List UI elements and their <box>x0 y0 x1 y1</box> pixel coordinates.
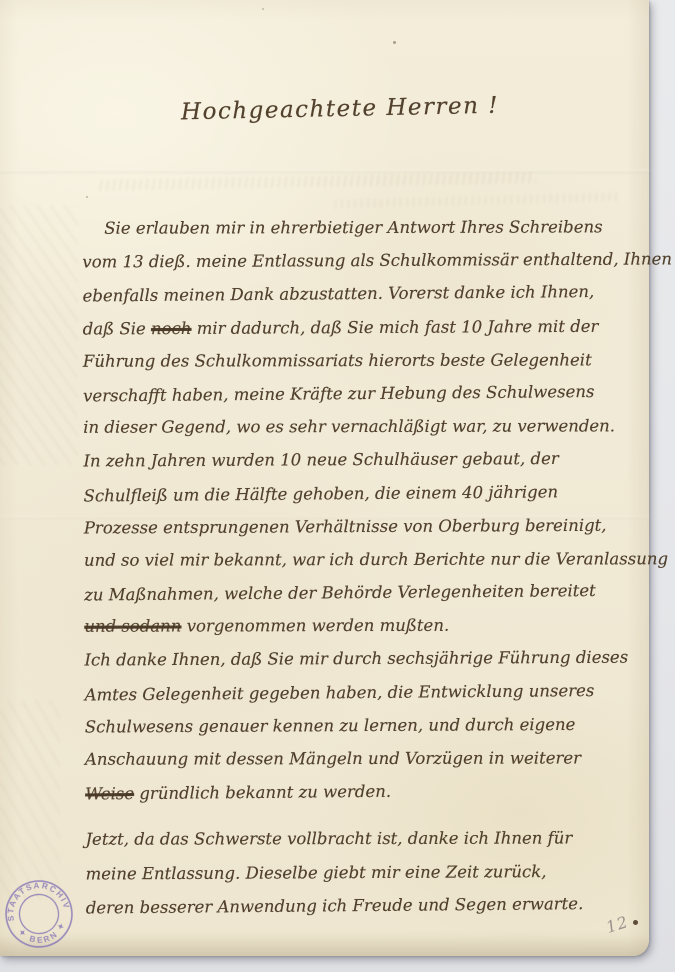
paper-bottom-shadow <box>0 936 649 956</box>
letter-line: Ich danke Ihnen, daß Sie mir durch sechs… <box>84 641 650 677</box>
letter-line: verschafft haben, meine Kräfte zur Hebun… <box>83 374 649 412</box>
letter-line: Schulwesens genauer kennen zu lernen, un… <box>85 707 651 743</box>
paper-sheet: Hochgeachtete Herren ! Sie erlauben mir … <box>0 0 649 956</box>
letter-line: Führung des Schulkommissariats hierorts … <box>83 343 649 378</box>
letter-line: Weise gründlich bekannt zu werden. <box>85 773 651 811</box>
letter-line: Anschauung mit dessen Mängeln und Vorzüg… <box>85 741 651 776</box>
ink-speck <box>633 920 638 925</box>
archive-stamp: STAATSARCHIV ✦ BERN ✦ <box>0 870 83 958</box>
letter-line: Sie erlauben mir in ehrerbietiger Antwor… <box>82 210 648 245</box>
letter-line: meine Entlassung. Dieselbe giebt mir ein… <box>86 854 652 890</box>
stamp-arc-text: STAATSARCHIV <box>0 875 71 922</box>
letter-line: In zehn Jahren wurden 10 neue Schulhäuse… <box>83 442 649 478</box>
letter-line: vom 13 dieß. meine Entlassung als Schulk… <box>82 243 648 279</box>
ink-speck <box>262 8 264 10</box>
letter-line: Schulfleiß um die Hälfte gehoben, die ei… <box>83 474 649 512</box>
ink-speck <box>86 196 88 198</box>
stamp-bottom-text: ✦ BERN ✦ <box>15 918 70 950</box>
svg-text:✦ BERN ✦: ✦ BERN ✦ <box>15 918 70 950</box>
letter-line: Amtes Gelegenheit gegeben haben, die Ent… <box>85 673 651 711</box>
letter-line: zu Maßnahmen, welche der Behörde Verlege… <box>84 574 650 612</box>
letter-line: und sodann vorgenommen werden mußten. <box>84 609 650 644</box>
letter-line: in dieser Gegend, wo es sehr vernachläßi… <box>83 409 649 444</box>
letter-line: und so viel mir bekannt, war ich durch B… <box>84 542 650 577</box>
letter-line: Jetzt, da das Schwerste vollbracht ist, … <box>85 822 651 857</box>
svg-text:STAATSARCHIV: STAATSARCHIV <box>0 875 71 922</box>
ink-speck <box>393 41 396 44</box>
fold-crease-top <box>0 170 649 173</box>
letter-body: Sie erlauben mir in ehrerbietiger Antwor… <box>82 210 652 924</box>
letter-line: daß Sie noch mir dadurch, daß Sie mich f… <box>83 309 649 345</box>
letter-line: Prozesse entsprungenen Verhältnisse von … <box>84 508 650 544</box>
letter-line: ebenfalls meinen Dank abzustatten. Vorer… <box>82 275 648 313</box>
letter-line: deren besserer Anwendung ich Freude und … <box>86 886 652 924</box>
scanned-letter-page: Hochgeachtete Herren ! Sie erlauben mir … <box>0 0 675 972</box>
